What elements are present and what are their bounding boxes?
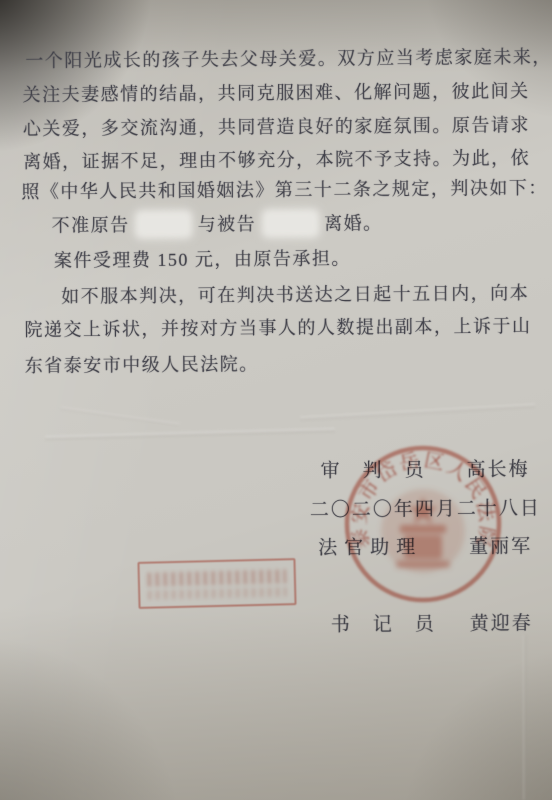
appeal-line: 院递交上诉状，并按对方当事人的人数提出副本，上诉于山 bbox=[24, 312, 531, 342]
body-line: 离婚，证据不足，理由不够充分，本院不予支持。为此，依 bbox=[23, 144, 530, 174]
court-seal: 泰安市岱岳区人民法院 bbox=[338, 439, 508, 609]
redacted-plaintiff-name bbox=[137, 211, 191, 236]
verification-stamp bbox=[137, 558, 296, 609]
court-judgment-photo: 一个阳光成长的孩子失去父母关爱。双方应当考虑家庭未来， 关注夫妻感情的结晶，共同… bbox=[0, 0, 552, 800]
verdict-line: 不准原告 与被告 离婚。 bbox=[52, 209, 383, 238]
appeal-line: 如不服本判决，可在判决书送达之日起十五日内，向本 bbox=[61, 279, 529, 309]
stamp-text-smudge bbox=[148, 569, 286, 586]
clerk-label: 书 记 员 bbox=[331, 609, 436, 637]
redacted-defendant-name bbox=[263, 210, 317, 235]
verdict-suffix: 离婚。 bbox=[324, 209, 383, 235]
clerk-name: 黄迎春 bbox=[470, 608, 533, 635]
body-line: 心关爱，多交流沟通，共同营造良好的家庭氛围。原告请求 bbox=[23, 111, 530, 141]
body-line: 照《中华人民共和国婚姻法》第三十二条之规定，判决如下： bbox=[21, 174, 548, 204]
national-emblem-icon bbox=[381, 489, 465, 573]
body-line: 关注夫妻感情的结晶，共同克服困难、化解问题，彼此间关 bbox=[22, 77, 529, 107]
body-line: 一个阳光成长的孩子失去父母关爱。双方应当考虑家庭未来， bbox=[25, 43, 552, 73]
appeal-line: 东省泰安市中级人民法院。 bbox=[25, 350, 259, 378]
document-content: 一个阳光成长的孩子失去父母关爱。双方应当考虑家庭未来， 关注夫妻感情的结晶，共同… bbox=[0, 0, 552, 800]
stamp-text-smudge bbox=[148, 587, 286, 599]
verdict-prefix: 不准原告 bbox=[52, 211, 130, 238]
verdict-connector: 与被告 bbox=[198, 210, 257, 236]
fee-line: 案件受理费 150 元，由原告承担。 bbox=[54, 244, 351, 272]
